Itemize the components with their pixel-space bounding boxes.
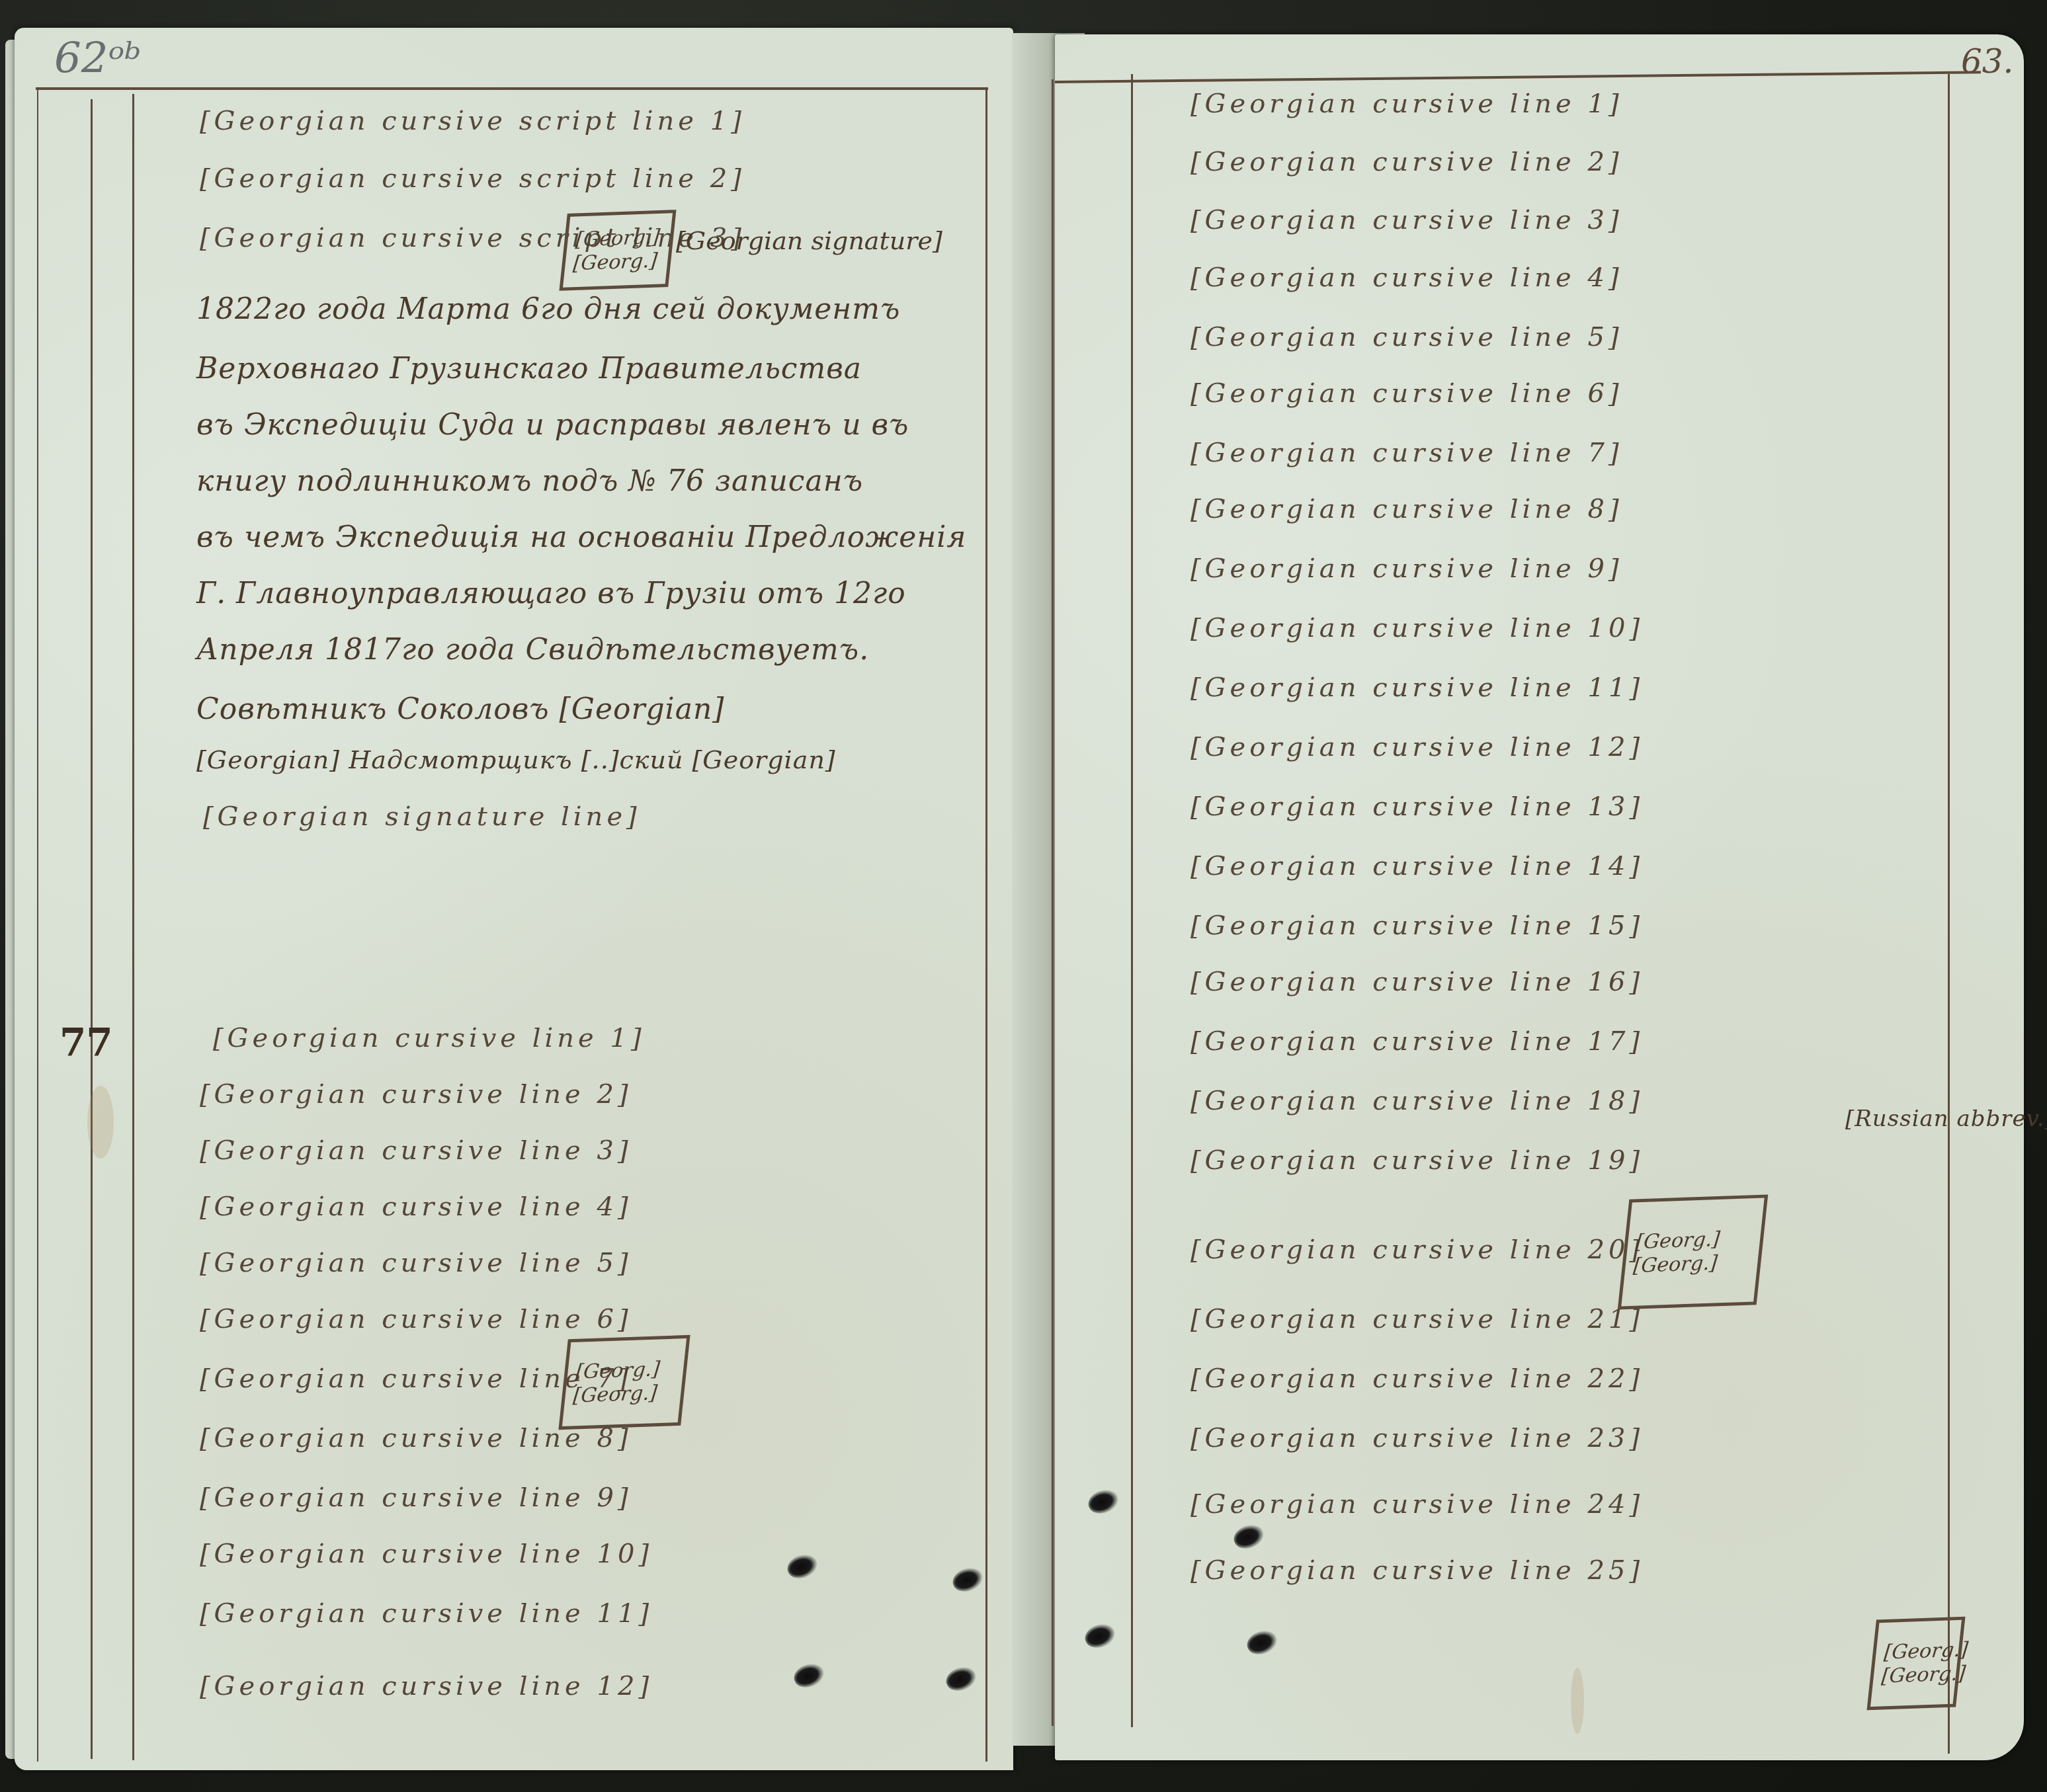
georgian-line: [Georgian cursive line 3] (1191, 205, 1623, 235)
worm-hole (950, 1564, 986, 1596)
margin-rule-3 (132, 94, 134, 1760)
worm-hole (1231, 1521, 1267, 1553)
georgian-line: [Georgian cursive line 6] (1191, 378, 1623, 409)
registration-stamp-box: [Georg.] [Georg.] (558, 1335, 690, 1430)
right-page: 63. [Georgian cursive line 1] [Georgian … (1055, 34, 2024, 1760)
marginal-note: [Russian abbrev.] (1845, 1106, 2047, 1132)
signature-line: [Georgian signature line] (203, 801, 641, 832)
top-rule (36, 87, 988, 90)
russian-line: книгу подлинникомъ подъ № 76 записанъ (196, 464, 863, 498)
georgian-line: [Georgian cursive line 10] (200, 1539, 653, 1569)
russian-line: Апреля 1817го года Свидѣтельствуетъ. (196, 633, 869, 667)
georgian-line: [Georgian cursive script line 2] (200, 163, 745, 194)
worm-hole (943, 1663, 980, 1695)
stamp-line: [Georg.] (1880, 1662, 1949, 1688)
georgian-line: [Georgian cursive line 21] (1191, 1304, 1644, 1334)
georgian-line: [Georgian cursive line 14] (1191, 851, 1644, 881)
top-rule (1055, 71, 1981, 83)
stamp-line: [Georg.] (572, 249, 661, 276)
georgian-line: [Georgian cursive line 5] (200, 1248, 632, 1278)
ink-stain (1571, 1668, 1584, 1734)
georgian-line: [Georgian cursive line 1] (213, 1023, 646, 1053)
russian-line: Г. Главноуправляющаго въ Грузіи отъ 12го (196, 577, 906, 610)
georgian-line: [Georgian cursive script line 1] (200, 106, 745, 136)
georgian-line: [Georgian cursive line 2] (1191, 147, 1623, 177)
georgian-line: [Georgian cursive line 2] (200, 1079, 632, 1110)
margin-rule-2 (1131, 74, 1133, 1727)
right-margin-rule (1948, 74, 1950, 1754)
russian-line: въ Экспедиціи Суда и расправы явленъ и в… (196, 408, 909, 442)
folio-number-right: 63. (1961, 42, 2014, 81)
margin-rule-2 (91, 99, 93, 1759)
worm-hole (1082, 1620, 1118, 1652)
signatory-line: [Georgian] Надсмотрщикъ [..]ский [Georgi… (196, 745, 836, 774)
worm-hole (791, 1660, 827, 1691)
stamp-line: [Georg.] (575, 225, 663, 252)
georgian-line: [Georgian cursive line 18] (1191, 1086, 1644, 1116)
registration-stamp-box: [Georg.] [Georg.] (1618, 1194, 1769, 1309)
georgian-line: [Georgian cursive line 11] (200, 1598, 653, 1629)
georgian-line: [Georgian cursive line 17] (1191, 1026, 1644, 1057)
registration-stamp-box: [Georg.] [Georg.] (1866, 1617, 1965, 1711)
georgian-line: [Georgian cursive line 12] (1191, 732, 1644, 762)
worm-hole (1085, 1486, 1122, 1518)
georgian-line: [Georgian cursive line 13] (1191, 792, 1644, 822)
russian-line: Верховнаго Грузинскаго Правительства (196, 352, 862, 386)
georgian-line: [Georgian cursive line 6] (200, 1304, 632, 1334)
georgian-line: [Georgian cursive line 3] (200, 1135, 632, 1166)
signatory-line: Совѣтникъ Соколовъ [Georgian] (196, 692, 724, 726)
georgian-line: [Georgian cursive line 11] (1191, 672, 1644, 703)
georgian-line: [Georgian cursive line 4] (1191, 263, 1623, 293)
russian-line: 1822го года Марта 6го дня сей документъ (196, 292, 900, 326)
worm-hole (1244, 1627, 1280, 1658)
georgian-line: [Georgian cursive line 15] (1191, 911, 1644, 941)
entry-number: 77 (60, 1020, 113, 1065)
ink-stain (87, 1086, 114, 1159)
georgian-line: [Georgian cursive line 16] (1191, 967, 1644, 997)
georgian-line: [Georgian cursive line 10] (1191, 613, 1644, 643)
stamp-line: [Georg.] (1632, 1250, 1751, 1278)
georgian-line: [Georgian cursive line 12] (200, 1671, 653, 1701)
margin-rule-1 (37, 89, 38, 1762)
georgian-line: [Georgian cursive line 23] (1191, 1423, 1644, 1453)
registration-stamp-box: [Georg.] [Georg.] (559, 210, 676, 291)
stamp-line: [Georg.] (572, 1381, 674, 1408)
worm-hole (784, 1551, 821, 1582)
signature: [Georgian signature] (676, 226, 942, 255)
georgian-line: [Georgian cursive line 20] (1191, 1235, 1644, 1265)
georgian-line: [Georgian cursive line 9] (1191, 553, 1623, 584)
georgian-line: [Georgian cursive line 19] (1191, 1145, 1644, 1176)
georgian-line: [Georgian cursive line 7] (1191, 438, 1623, 468)
folio-number-left: 62ᵒᵇ (54, 34, 142, 83)
georgian-line: [Georgian cursive line 5] (1191, 322, 1623, 352)
georgian-line: [Georgian cursive line 4] (200, 1192, 632, 1222)
georgian-line: [Georgian cursive line 9] (200, 1483, 632, 1513)
georgian-line: [Georgian cursive line 22] (1191, 1364, 1644, 1394)
stamp-line: [Georg.] (575, 1357, 677, 1384)
margin-rule-1 (1052, 79, 1054, 1726)
georgian-line: [Georgian cursive line 24] (1191, 1489, 1644, 1520)
georgian-line: [Georgian cursive line 25] (1191, 1555, 1644, 1586)
georgian-line: [Georgian cursive line 8] (1191, 494, 1623, 524)
stamp-line: [Georg.] (1883, 1639, 1952, 1664)
georgian-line: [Georgian cursive line 1] (1191, 89, 1623, 119)
left-page: 62ᵒᵇ [Georgian cursive script line 1] [G… (15, 28, 1013, 1770)
russian-line: въ чемъ Экспедиція на основаніи Предложе… (196, 520, 966, 554)
right-margin-rule (985, 89, 987, 1762)
